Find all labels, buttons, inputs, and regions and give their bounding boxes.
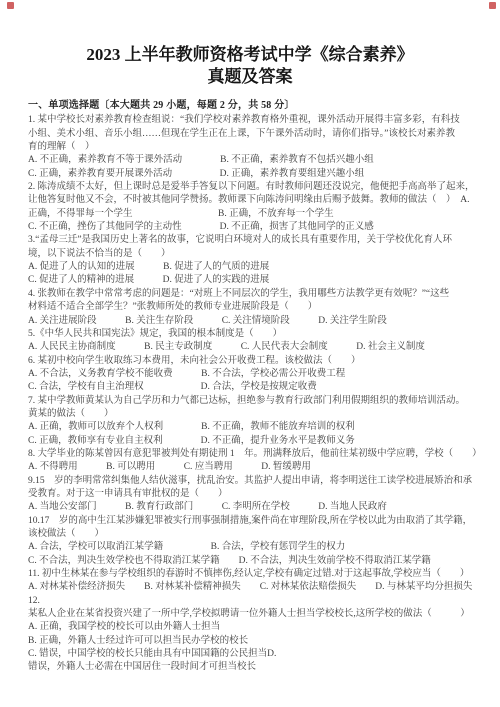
text-line: A. 不合法，义务教育学校不能收费 B. 不合法，学校必需公开收费工程	[28, 368, 480, 381]
text-line: 受教育。对于这一申请具有审批权的是（ ）	[28, 488, 480, 501]
text-line: A. 正确，教师可以放弃个人权利 B. 不正确，教师不能放弃培训的权利	[28, 421, 480, 434]
text-line: A. 不得聘用 B. 可以聘用 C. 应当聘用 D. 暂缓聘用	[28, 461, 480, 474]
text-line: 11. 初中生林某在参与学校组织的春游时不慎摔伤,经认定,学校有确定过错.对于这…	[28, 568, 480, 581]
text-line: 小组、美术小组、音乐小组……但现在学生正在上课，下午课外活动时，请你们指导。”该…	[28, 128, 480, 141]
text-line: C. 不合法，判决生效学校也不得取消江某学籍 D. 不合法，判决生效前学校不得取…	[28, 555, 480, 568]
text-line: 8. 大学毕业的陈某曾因有意犯罪被判处有期徒刑 1 年。刑满释放后，他前往某初级…	[28, 448, 480, 461]
text-line: 该校做法（ ）	[28, 528, 480, 541]
exam-document-page: 2023 上半年教师资格考试中学《综合素养》 真题及答案 一、单项选择题〔本大题…	[0, 0, 500, 707]
document-title: 2023 上半年教师资格考试中学《综合素养》 真题及答案	[30, 44, 470, 88]
text-line: 材料适不适合全部学生？”张教师所处的教师专业进展阶段是（ ）	[28, 301, 480, 314]
text-line: 9.15 岁的李明常常纠集他人结伙滋事，扰乱治安。其监护人提出申请，将李明送往工…	[28, 475, 480, 488]
text-line: 5.《中华人民共和国宪法》规定，我国的根本制度是（ ）	[28, 328, 480, 341]
text-line: A. 促进了人的认知的进展 B. 促进了人的气质的进展	[28, 261, 480, 274]
text-line: 4. 张教师在教学中常常考虑的问题是：“对班上不同层次的学生，我用哪些方法教学更…	[28, 288, 480, 301]
text-line: A. 合法，学校可以取消江某学籍 B. 合法，学校有惩罚学生的权力	[28, 541, 480, 554]
text-line: 境，以下说法不恰当的是（ ）	[28, 248, 480, 261]
text-line: 某私人企业在某省投资兴建了一所中学,学校拟聘请一位外籍人士担当学校校长,这所学校…	[28, 608, 480, 621]
text-line: C. 错误，中国学校的校长只能由具有中国国籍的公民担当D.	[28, 648, 480, 661]
text-line: 让他答复时他又不会，不时被其他同学赞扬。教师课下向陈涛问明缘由后赐予鼓舞。教师的…	[28, 194, 480, 207]
text-line: C. 不正确，挫伤了其他同学的主动性 D. 不正确，损害了其他同学的正义感	[28, 221, 480, 234]
text-line: 2. 陈涛成绩不太好，但上课时总是爱举手答复以下问题。有时教师问题还没说完，他便…	[28, 181, 480, 194]
question-text-block: 1. 某中学校长对素养教育检查组说：“我们学校对素养教育格外重视，课外活动开展得…	[28, 114, 480, 674]
text-line: 6. 某初中校向学生收取练习本费用，未向社会公开收费工程。该校做法（ ）	[28, 355, 480, 368]
text-line: B. 正确，外籍人士经过许可可以担当民办学校的校长	[28, 635, 480, 648]
section-header: 一、单项选择题〔本大题共 29 小题，每题 2 分，共 58 分〕	[28, 99, 478, 112]
text-line: C. 促进了人的精神的进展 D. 促进了人的实践的进展	[28, 274, 480, 287]
text-line: 正确，不得罪每一个学生 B. 正确，不放弃每一个学生	[28, 208, 480, 221]
text-line: 黄某的做法（ ）	[28, 408, 480, 421]
red-corner-mark-left	[7, 2, 14, 9]
text-line: A. 当地公安部门 B. 教育行政部门 C. 李明所在学校 D. 当地人民政府	[28, 501, 480, 514]
text-line: C. 正确，教师享有专业自主权利 D. 不正确，提升业务水平是教师义务	[28, 435, 480, 448]
text-line: C. 正确，素养教育要开展课外活动 D. 正确，素养教育要组建兴趣小组	[28, 168, 480, 181]
text-line: A. 对林某补偿经济损失 B. 对林某补偿精神损失 C. 对林某依法赔偿损失 D…	[28, 581, 480, 608]
text-line: 7. 某中学教师黄某认为自己学历和力气都已达标，担绝参与教育行政部门利用假期组织…	[28, 395, 480, 408]
text-line: 错误，外籍人士必需在中国居住一段时间才可担当校长	[28, 661, 480, 674]
text-line: A. 人民民主协商制度 B. 民主专政制度 C. 人民代表大会制度 D. 社会主…	[28, 341, 480, 354]
title-line-2: 真题及答案	[30, 66, 470, 88]
text-line: 10.17 岁的高中生江某涉嫌犯罪被实行刑事强制措施,案件尚在审理阶段,所在学校…	[28, 515, 480, 528]
title-line-1: 2023 上半年教师资格考试中学《综合素养》	[30, 44, 470, 66]
text-line: A. 关注进展阶段 B. 关注生存阶段 C. 关注情境阶段 D. 关注学生阶段	[28, 315, 480, 328]
text-line: C. 合法，学校有自主治理权 D. 合法，学校是按规定收费	[28, 381, 480, 394]
text-line: A. 不正确，素养教育不等于课外活动 B. 不正确，素养教育不包括兴趣小组	[28, 154, 480, 167]
text-line: 1. 某中学校长对素养教育检查组说：“我们学校对素养教育格外重视，课外活动开展得…	[28, 114, 480, 127]
red-corner-mark-right	[489, 2, 496, 9]
text-line: 育的理解（ ）	[28, 141, 480, 154]
text-line: A. 正确，我国学校的校长可以由外籍人士担当	[28, 621, 480, 634]
text-line: 3.“孟母三迁”是我国历史上著名的故事，它说明白环境对人的成长具有重要作用，关于…	[28, 234, 480, 247]
